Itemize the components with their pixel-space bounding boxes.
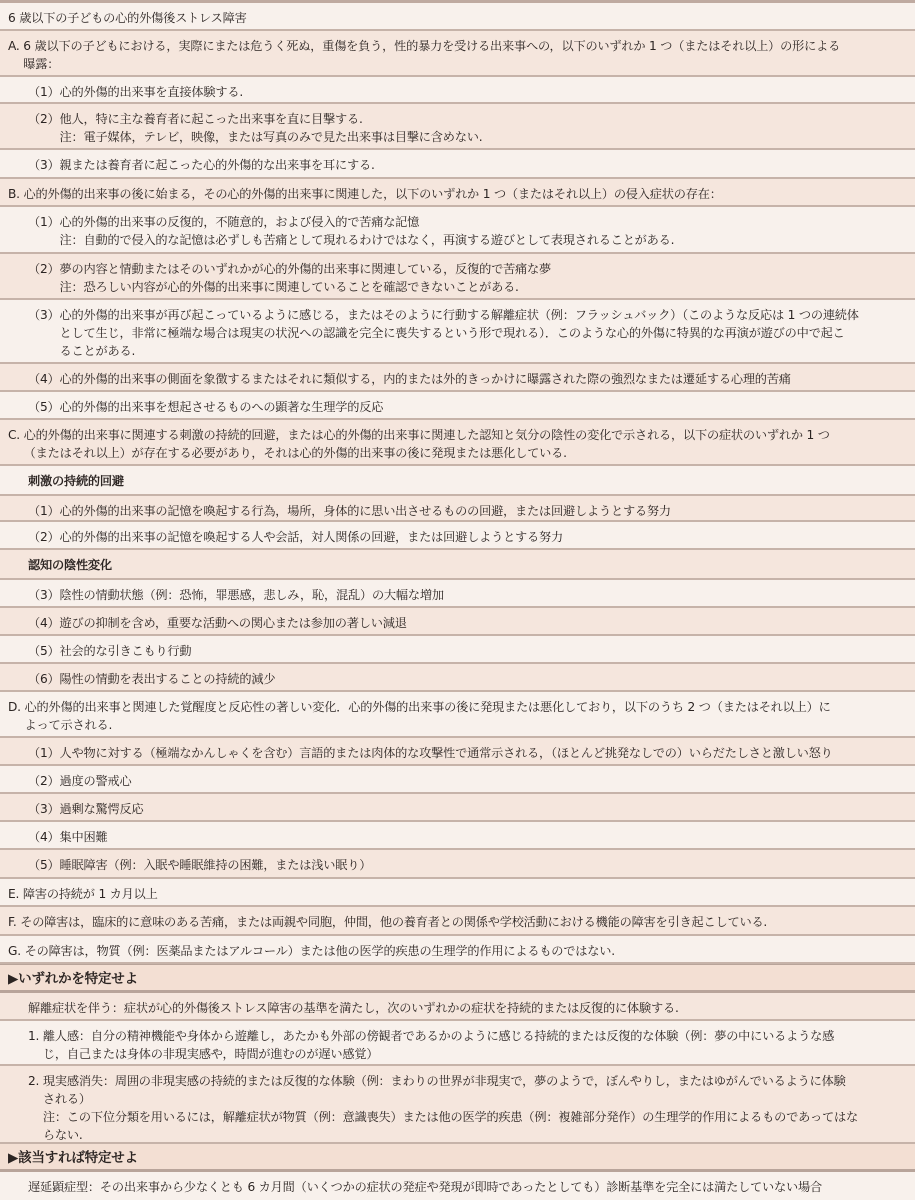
criterion-c: C. 心的外傷的出来事に関連する刺激の持続的回避，または心的外傷的出来事に関連し… (0, 420, 915, 466)
criterion-b-item-3: （3） 心的外傷的出来事が再び起こっているように感じる，またはそのように行動する… (0, 300, 915, 364)
specifier-delayed-expression: 遅延顕症型：その出来事から少なくとも 6 カ月間（いくつかの症状の発症や発現が即… (0, 1172, 915, 1200)
criterion-a: A. 6 歳以下の子どもにおける，実際にまたは危うく死ぬ，重傷を負う，性的暴力を… (0, 31, 915, 77)
criterion-d-item-1: （1） 人や物に対する（極端なかんしゃくを含む）言語的または肉体的な攻撃性で通常… (0, 738, 915, 766)
specifier-heading-either: ▶いずれかを特定せよ (0, 964, 915, 993)
criterion-d-item-2: （2） 過度の警戒心 (0, 766, 915, 794)
criterion-g: G. その障害は，物質（例：医薬品またはアルコール）または他の医学的疾患の生理学… (0, 936, 915, 964)
criterion-b-item-1: （1） 心的外傷的出来事の反復的，不随意的，および侵入的で苦痛な記憶 注：自動的… (0, 207, 915, 254)
specifier-item-derealization: 2. 現実感消失：周囲の非現実感の持続的または反復的な体験（例：まわりの世界が非… (0, 1066, 915, 1144)
subgroup-heading-negative-cognition: 認知の陰性変化 (0, 550, 915, 580)
criterion-label: A. (8, 37, 23, 75)
specifier-item-depersonalization: 1. 離人感：自分の精神機能や身体から遊離し，あたかも外部の傍観者であるかのよう… (0, 1021, 915, 1066)
criterion-c-item-6: （6） 陽性の情動を表出することの持続的減少 (0, 664, 915, 692)
ptsd-criteria-table: 6 歳以下の子どもの心的外傷後ストレス障害 A. 6 歳以下の子どもにおける，実… (0, 0, 915, 1200)
criterion-b-item-2: （2） 夢の内容と情動またはそのいずれかが心的外傷的出来事に関連している，反復的… (0, 254, 915, 300)
criterion-c-item-3: （3） 陰性の情動状態（例：恐怖，罪悪感，悲しみ，恥，混乱）の大幅な増加 (0, 580, 915, 608)
criterion-c-item-4: （4） 遊びの抑制を含め，重要な活動への関心または参加の著しい減退 (0, 608, 915, 636)
note: 注：恐ろしい内容が心的外傷的出来事に関連していることを確認できないことがある. (60, 278, 907, 296)
note: 注：自動的で侵入的な記憶は必ずしも苦痛として現れるわけではなく，再演する遊びとし… (60, 231, 907, 249)
criterion-c-item-5: （5） 社会的な引きこもり行動 (0, 636, 915, 664)
table-title-row: 6 歳以下の子どもの心的外傷後ストレス障害 (0, 3, 915, 31)
specifier-dissociative-intro: 解離症状を伴う：症状が心的外傷後ストレス障害の基準を満たし，次のいずれかの症状を… (0, 993, 915, 1021)
criterion-d-item-4: （4） 集中困難 (0, 822, 915, 850)
subgroup-heading-avoidance: 刺激の持続的回避 (0, 466, 915, 496)
table-title: 6 歳以下の子どもの心的外傷後ストレス障害 (8, 11, 247, 25)
criterion-d-item-3: （3） 過剰な驚愕反応 (0, 794, 915, 822)
criterion-b-item-5: （5） 心的外傷的出来事を想起させるものへの顕著な生理学的反応 (0, 392, 915, 420)
criterion-b-item-4: （4） 心的外傷的出来事の側面を象徴するまたはそれに類似する，内的または外的きっ… (0, 364, 915, 392)
criterion-e: E. 障害の持続が 1 カ月以上 (0, 879, 915, 907)
criterion-d-item-5: （5） 睡眠障害（例：入眠や睡眠維持の困難，または浅い眠り） (0, 850, 915, 879)
note: 注：この下位分類を用いるには，解離症状が物質（例：意識喪失）または他の医学的疾患… (43, 1108, 907, 1126)
criterion-a-item-3: （3） 親または養育者に起こった心的外傷的な出来事を耳にする. (0, 150, 915, 179)
specifier-heading-if-applicable: ▶該当すれば特定せよ (0, 1144, 915, 1172)
criterion-b: B. 心的外傷的出来事の後に始まる，その心的外傷的出来事に関連した，以下のいずれ… (0, 179, 915, 207)
criterion-c-item-2: （2） 心的外傷的出来事の記憶を喚起する人や会話，対人関係の回避，または回避しよ… (0, 522, 915, 550)
criterion-a-item-1: （1） 心的外傷的出来事を直接体験する. (0, 77, 915, 104)
criterion-a-item-2: （2） 他人，特に主な養育者に起こった出来事を直に目撃する. 注：電子媒体，テレ… (0, 104, 915, 150)
criterion-c-item-1: （1） 心的外傷的出来事の記憶を喚起する行為，場所，身体的に思い出させるものの回… (0, 496, 915, 522)
criterion-d: D. 心的外傷的出来事と関連した覚醒度と反応性の著しい変化．心的外傷的出来事の後… (0, 692, 915, 738)
criterion-f: F. その障害は，臨床的に意味のある苦痛，または両親や同胞，仲間，他の養育者との… (0, 907, 915, 936)
note: 注：電子媒体，テレビ，映像，または写真のみで見た出来事は目撃に含めない. (60, 128, 907, 146)
